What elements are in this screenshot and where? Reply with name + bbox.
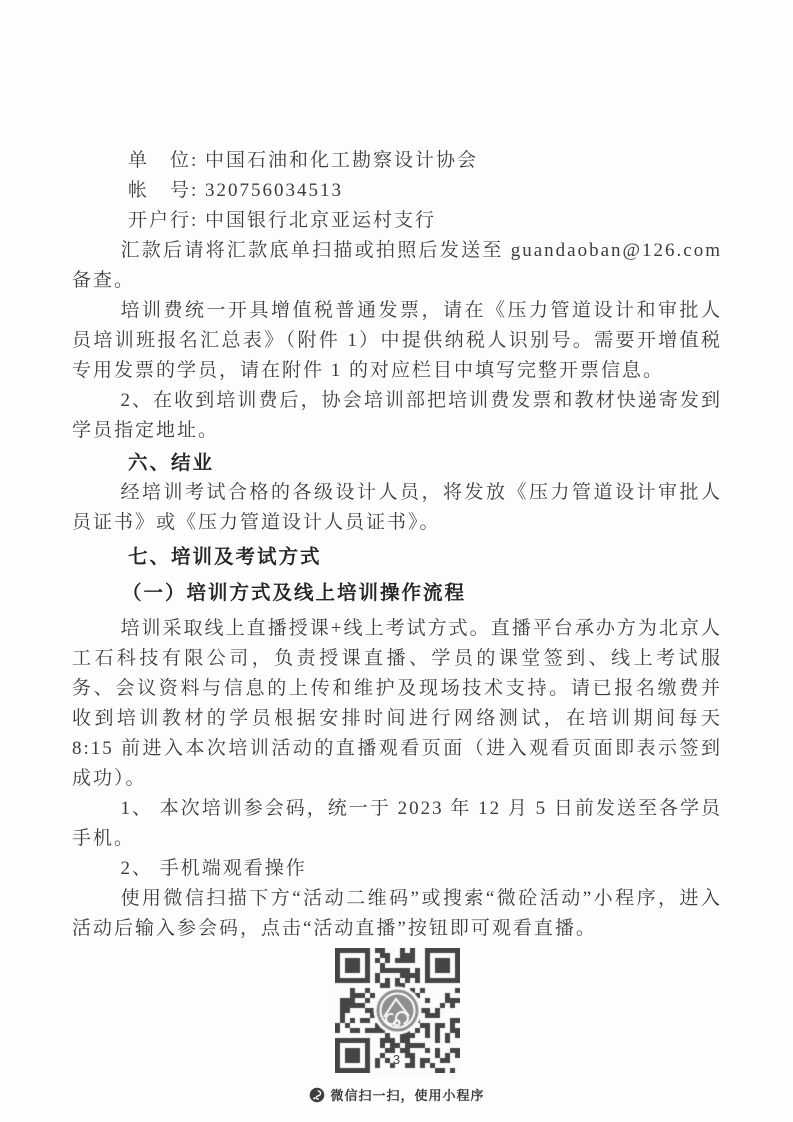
delivery-paragraph: 2、在收到培训费后，协会培训部把培训费发票和教材快递寄发到学员指定地址。 [72, 386, 722, 446]
qr-caption: 微信扫一扫，使用小程序 [72, 1085, 722, 1104]
section-6-paragraph: 经培训考试合格的各级设计人员，将发放《压力管道设计审批人员证书》或《压力管道设计… [72, 478, 722, 538]
account-number-line: 帐 号: 320756034513 [72, 176, 722, 206]
invoice-paragraph: 培训费统一开具增值税普通发票，请在《压力管道设计和审批人员培训班报名汇总表》（附… [72, 296, 722, 386]
mini-program-icon [309, 1087, 325, 1103]
section-7-heading: 七、培训及考试方式 [72, 542, 722, 572]
bank-branch-line: 开户行: 中国银行北京亚运村支行 [72, 206, 722, 236]
training-method-paragraph: 培训采取线上直播授课+线上考试方式。直播平台承办方为北京人工石科技有限公司，负责… [72, 614, 722, 794]
qr-block: 微信扫一扫，使用小程序 [72, 948, 722, 1104]
qr-caption-text: 微信扫一扫，使用小程序 [330, 1085, 484, 1104]
list-item-2: 2、 手机端观看操作 [72, 854, 722, 884]
unit-line: 单 位: 中国石油和化工勘察设计协会 [72, 146, 722, 176]
section-7-sub1-heading: （一）培训方式及线上培训操作流程 [72, 578, 722, 608]
remittance-paragraph: 汇款后请将汇款底单扫描或拍照后发送至 guandaoban@126.com 备查… [72, 236, 722, 296]
list-item-1: 1、 本次培训参会码，统一于 2023 年 12 月 5 日前发送至各学员手机。 [72, 794, 722, 854]
page-number: 3 [0, 1052, 793, 1067]
section-6-heading: 六、结业 [72, 448, 722, 478]
wechat-scan-paragraph: 使用微信扫描下方“活动二维码”或搜索“微砼活动”小程序，进入活动后输入参会码，点… [72, 884, 722, 944]
document-page: 单 位: 中国石油和化工勘察设计协会 帐 号: 320756034513 开户行… [0, 0, 793, 1104]
